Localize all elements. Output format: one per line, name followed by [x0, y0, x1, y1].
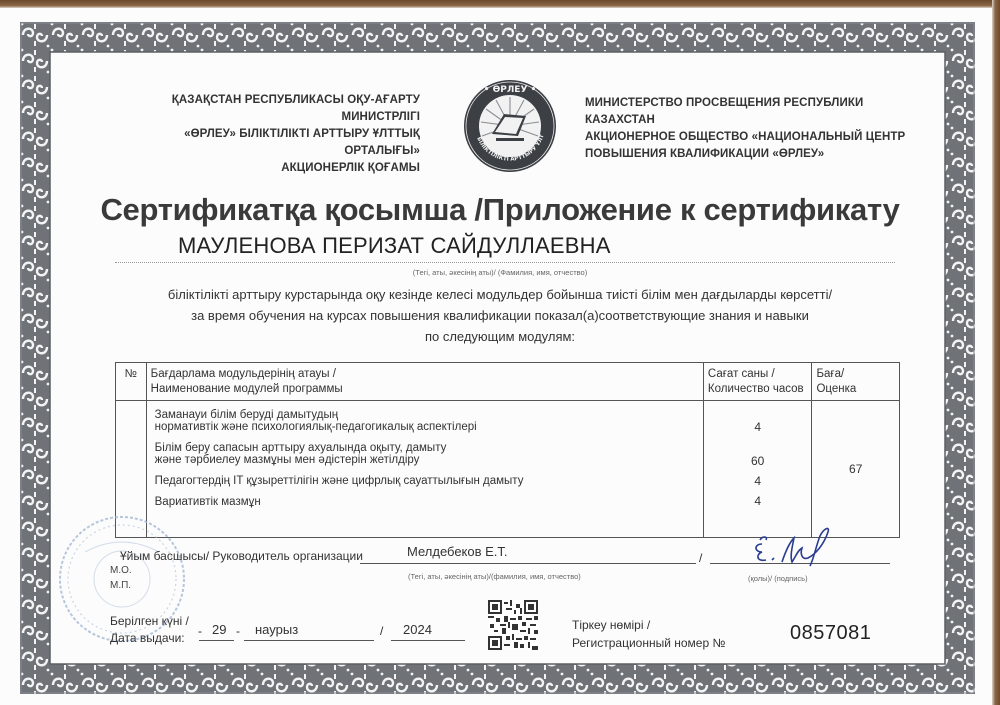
- module-names-cell: Заманауи білім беруді дамытудың норматив…: [146, 401, 703, 538]
- document-title: Сертификатқа қосымша /Приложение к серти…: [0, 192, 1000, 228]
- module-item: Вариативтік мазмұн: [155, 496, 703, 508]
- header-hours: Сағат саны / Количество часов: [703, 363, 812, 401]
- year-underline: [391, 640, 465, 641]
- director-name: Мелдебеков Е.Т.: [407, 544, 508, 559]
- module-name-line: және тәрбиелеу мазмұны мен әдістерін жет…: [155, 454, 703, 466]
- table-header-row: № Бағдарлама модульдерінің атауы / Наиме…: [116, 363, 900, 401]
- intro-text: біліктілікті арттыру курстарында оқу кез…: [0, 284, 1000, 347]
- signature-caption: (қолы)/ (подпись): [748, 574, 808, 583]
- name-underline: [115, 262, 895, 263]
- signature-label: Ұйым басшысы/ Руководитель организации: [120, 549, 363, 563]
- issue-date-label: Берілген күні / Дата выдачи:: [110, 613, 189, 647]
- issue-date-label-kz: Берілген күні /: [110, 613, 189, 630]
- orleu-emblem-icon: • ӨРЛЕУ • БІЛІКТІЛІКТІ АРТТЫРУ ҰЛТТЫҚ ОР…: [462, 78, 558, 174]
- stamp-place-kz: М.О.: [110, 563, 132, 578]
- qr-code-icon: [488, 600, 538, 650]
- module-hours: 4: [704, 474, 812, 488]
- date-dash: -: [198, 624, 202, 638]
- header-number: №: [116, 363, 147, 401]
- header-grade-ru: Оценка: [816, 382, 895, 397]
- module-item: Педагогтердің IT құзыреттілігін және циф…: [155, 475, 703, 487]
- header-left-kz: ҚАЗАҚСТАН РЕСПУБЛИКАСЫ ОҚУ-АҒАРТУ МИНИСТ…: [110, 92, 420, 177]
- director-name-line: [360, 563, 696, 564]
- orleu-logo: • ӨРЛЕУ • БІЛІКТІЛІКТІ АРТТЫРУ ҰЛТТЫҚ ОР…: [462, 78, 558, 174]
- module-name-line: Заманауи білім беруді дамытудың: [155, 409, 703, 421]
- qr-code[interactable]: [488, 600, 538, 650]
- stamp-place-label: М.О. М.П.: [110, 563, 132, 593]
- module-item: Білім беру сапасын арттыру ахуалында оқы…: [155, 442, 703, 466]
- modules-table: № Бағдарлама модульдерінің атауы / Наиме…: [115, 362, 900, 538]
- hours-cell: 4 60 4 4: [703, 401, 812, 538]
- module-name-line: Білім беру сапасын арттыру ахуалында оқы…: [155, 442, 703, 454]
- registration-label-ru: Регистрационный номер №: [572, 634, 725, 652]
- svg-text:• ӨРЛЕУ •: • ӨРЛЕУ •: [484, 85, 537, 95]
- table-row: Заманауи білім беруді дамытудың норматив…: [116, 401, 900, 538]
- issue-year: 2024: [403, 622, 432, 637]
- header-hours-ru: Количество часов: [708, 382, 808, 397]
- header-left-line: АКЦИОНЕРЛІК ҚОҒАМЫ: [110, 160, 420, 177]
- issue-day: 29: [212, 622, 226, 637]
- registration-label-kz: Тіркеу нөмірі /: [572, 616, 725, 634]
- module-item: Заманауи білім беруді дамытудың норматив…: [155, 409, 703, 433]
- header-right-line: АКЦИОНЕРНОЕ ОБЩЕСТВО «НАЦИОНАЛЬНЫЙ ЦЕНТР: [585, 129, 915, 146]
- header-grade: Баға/ Оценка: [812, 363, 900, 401]
- intro-line-ru-cont: по следующим модулям:: [0, 326, 1000, 347]
- recipient-full-name: МАУЛЕНОВА ПЕРИЗАТ САЙДУЛЛАЕВНА: [178, 233, 611, 259]
- issue-date-label-ru: Дата выдачи:: [110, 630, 189, 647]
- module-name-line: Вариативтік мазмұн: [155, 496, 703, 508]
- day-underline: [199, 640, 234, 641]
- stamp-place-ru: М.П.: [110, 578, 132, 593]
- issue-month: наурыз: [255, 622, 298, 637]
- wooden-surface-top: [0, 0, 1000, 8]
- header-module-name-kz: Бағдарлама модульдерінің атауы /: [151, 367, 699, 382]
- header-module-name-ru: Наименование модулей программы: [151, 382, 699, 397]
- grade-cell: 67: [812, 401, 900, 538]
- name-caption: (Тегі, аты, әкесінің аты)/ (Фамилия, имя…: [0, 268, 1000, 277]
- date-slash: /: [380, 624, 383, 638]
- module-hours: 4: [704, 420, 812, 434]
- header-right-ru: МИНИСТЕРСТВО ПРОСВЕЩЕНИЯ РЕСПУБЛИКИ КАЗА…: [585, 95, 915, 163]
- signature-icon: [750, 522, 835, 570]
- signature-separator: /: [699, 551, 702, 565]
- header-left-line: ҚАЗАҚСТАН РЕСПУБЛИКАСЫ ОҚУ-АҒАРТУ МИНИСТ…: [110, 92, 420, 126]
- module-name-line: нормативтік және психологиялық-педагогик…: [155, 421, 703, 433]
- date-dash: -: [236, 624, 240, 638]
- registration-number: 0857081: [790, 622, 871, 645]
- header-grade-kz: Баға/: [816, 367, 895, 382]
- module-hours: 60: [704, 454, 812, 468]
- header-right-line: ПОВЫШЕНИЯ КВАЛИФИКАЦИИ «ӨРЛЕУ»: [585, 146, 915, 163]
- header-left-line: «ӨРЛЕУ» БІЛІКТІЛІКТІ АРТТЫРУ ҰЛТТЫҚ ОРТА…: [110, 126, 420, 160]
- intro-line-ru: за время обучения на курсах повышения кв…: [0, 305, 1000, 326]
- month-underline: [244, 640, 374, 641]
- header-module-name: Бағдарлама модульдерінің атауы / Наимено…: [146, 363, 703, 401]
- handwritten-signature: [750, 522, 835, 570]
- header-hours-kz: Сағат саны /: [708, 367, 808, 382]
- module-hours: 4: [704, 494, 812, 508]
- intro-line-kz: біліктілікті арттыру курстарында оқу кез…: [0, 284, 1000, 305]
- director-name-caption: (Тегі, аты, әкесінің аты)/(фамилия, имя,…: [408, 572, 581, 581]
- header-right-line: МИНИСТЕРСТВО ПРОСВЕЩЕНИЯ РЕСПУБЛИКИ КАЗА…: [585, 95, 915, 129]
- wooden-surface-right: [992, 0, 1000, 705]
- registration-label: Тіркеу нөмірі / Регистрационный номер №: [572, 616, 725, 652]
- module-name-line: Педагогтердің IT құзыреттілігін және циф…: [155, 475, 703, 487]
